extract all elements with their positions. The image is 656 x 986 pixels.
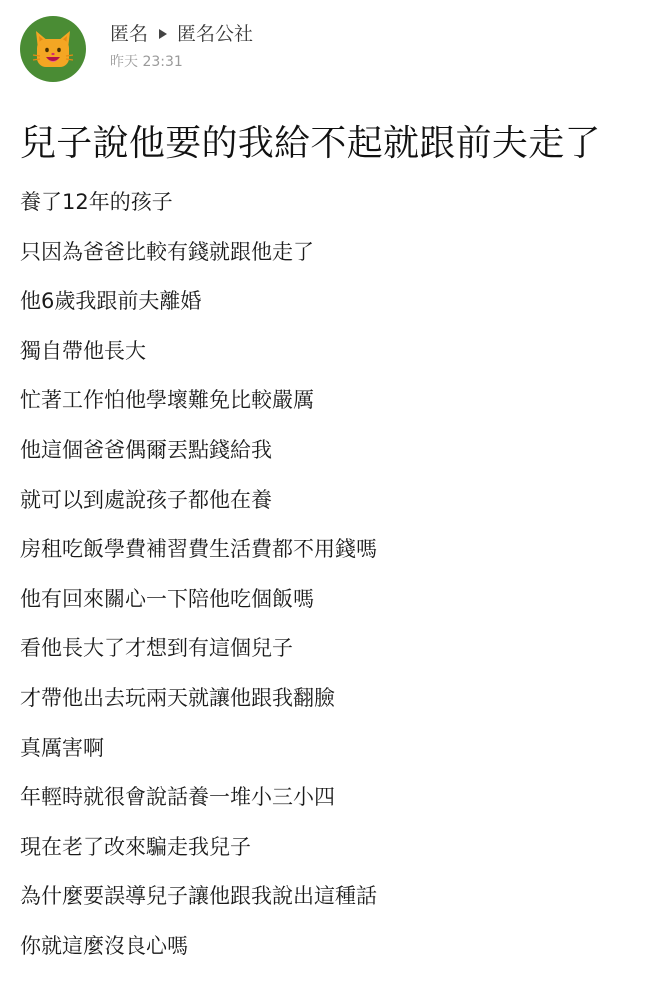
body-line: 看他長大了才想到有這個兒子	[20, 624, 640, 674]
body-line: 只因為爸爸比較有錢就跟他走了	[20, 228, 640, 278]
post-meta: 匿名 匿名公社 昨天 23:31	[110, 16, 253, 71]
body-line: 他這個爸爸偶爾丟點錢給我	[20, 426, 640, 476]
avatar[interactable]	[20, 16, 86, 82]
body-line: 真厲害啊	[20, 724, 640, 774]
body-line: 才帶他出去玩兩天就讓他跟我翻臉	[20, 674, 640, 724]
body-line: 年輕時就很會說話養一堆小三小四	[20, 773, 640, 823]
body-line: 房租吃飯學費補習費生活費都不用錢嗎	[20, 525, 640, 575]
body-line: 你就這麼沒良心嗎	[20, 922, 640, 972]
body-line: 養了12年的孩子	[20, 178, 640, 228]
body-line: 就可以到處說孩子都他在養	[20, 476, 640, 526]
cat-face-icon	[32, 29, 74, 69]
body-line: 現在老了改來騙走我兒子	[20, 823, 640, 873]
body-line: 忙著工作怕他學壞難免比較嚴厲	[20, 376, 640, 426]
author-name[interactable]: 匿名	[110, 21, 148, 47]
post-header: 匿名 匿名公社 昨天 23:31	[20, 16, 253, 84]
body-line: 為什麼要誤導兒子讓他跟我說出這種話	[20, 872, 640, 922]
board-name[interactable]: 匿名公社	[177, 21, 253, 47]
triangle-right-icon	[159, 29, 167, 39]
post-title: 兒子說他要的我給不起就跟前夫走了	[20, 118, 601, 170]
body-line: 他6歲我跟前夫離婚	[20, 277, 640, 327]
author-board-line: 匿名 匿名公社	[110, 21, 253, 47]
post-body: 養了12年的孩子 只因為爸爸比較有錢就跟他走了 他6歲我跟前夫離婚 獨自帶他長大…	[20, 178, 640, 972]
body-line: 他有回來關心一下陪他吃個飯嗎	[20, 575, 640, 625]
post-timestamp: 昨天 23:31	[110, 53, 253, 71]
body-line: 獨自帶他長大	[20, 327, 640, 377]
